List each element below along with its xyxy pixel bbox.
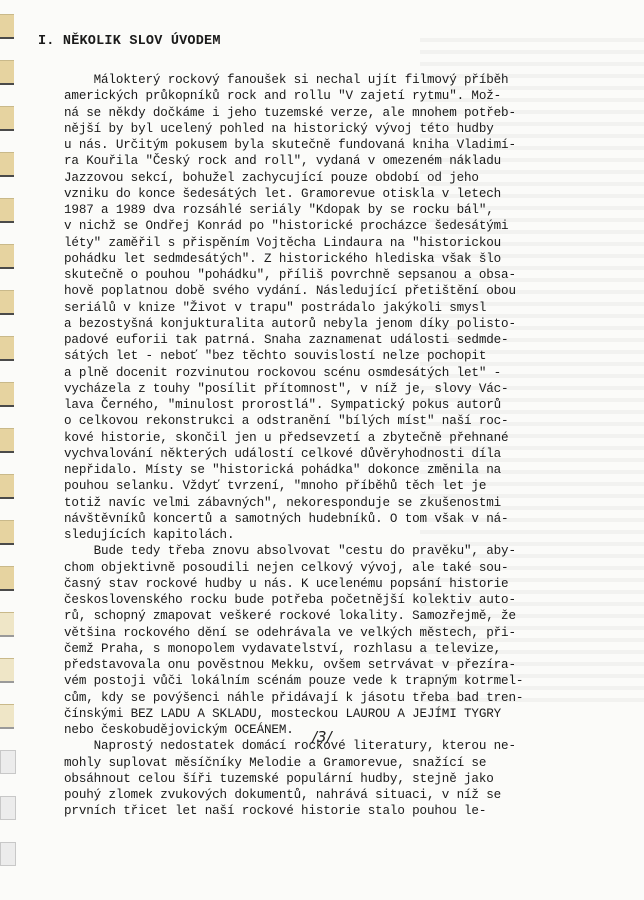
text-line: představovala onu pověstnou Mekku, ovšem… — [64, 657, 504, 673]
text-line: čínskými BEZ LADU A SKLADU, mosteckou LA… — [64, 706, 504, 722]
text-line: o celkovou rekonstrukci a odstranění "bí… — [64, 413, 504, 429]
text-line: u nás. Určitým pokusem byla skutečně fun… — [64, 137, 504, 153]
text-line: sátých let - neboť "bez těchto souvislos… — [64, 348, 504, 364]
binding-ring — [0, 566, 14, 591]
text-line: vycházela z touhy "posílit přítomnost", … — [64, 381, 504, 397]
text-line: padové euforii tak patrná. Snaha zazname… — [64, 332, 504, 348]
text-line: mohly suplovat měsíčníky Melodie a Gramo… — [64, 755, 504, 771]
chapter-heading: I. NĚKOLIK SLOV ÚVODEM — [38, 34, 221, 49]
text-line: nebo českobudějovickým OCEÁNEM. — [64, 722, 504, 738]
text-line: Málokterý rockový fanoušek si nechal ují… — [64, 72, 504, 88]
page-number: /3/ — [312, 728, 332, 746]
text-line: pohádku let sedmdesátých". Z historickéh… — [64, 251, 504, 267]
text-line: československého rocku bude potřeba poče… — [64, 592, 504, 608]
spiral-binding — [0, 0, 20, 900]
text-line: seriálů v knize "Život v trapu" postráda… — [64, 300, 504, 316]
text-line: obsáhnout celou šíři tuzemské populární … — [64, 771, 504, 787]
text-line: prvních třicet let naší rockové historie… — [64, 803, 504, 819]
text-line: chom objektivně posoudili nejen celkový … — [64, 560, 504, 576]
text-line: amerických průkopníků rock and rollu "V … — [64, 88, 504, 104]
text-line: lava Černého, "minulost prorostlá". Symp… — [64, 397, 504, 413]
text-line: vzniku do konce šedesátých let. Gramorev… — [64, 186, 504, 202]
text-line: léty" zaměřil s přispěním Vojtěcha Linda… — [64, 235, 504, 251]
binding-ring — [0, 106, 14, 131]
binding-ring — [0, 704, 14, 729]
text-line: pouhou selanku. Vždyť tvrzení, "mnoho př… — [64, 478, 504, 494]
text-line: v nichž se Ondřej Konrád po "historické … — [64, 218, 504, 234]
binding-ring — [0, 14, 14, 39]
text-line: čemž Praha, s monopolem vydavatelství, r… — [64, 641, 504, 657]
binding-ring — [0, 382, 14, 407]
text-line: cům, kdy se povýšenci náhle přidávají k … — [64, 690, 504, 706]
binding-ring — [0, 428, 14, 453]
text-line: kové historie, skončil jen u předsevzetí… — [64, 430, 504, 446]
text-line: nepřidalo. Místy se "historická pohádka"… — [64, 462, 504, 478]
binding-ring — [0, 198, 14, 223]
binding-ring — [0, 336, 14, 361]
text-line: Naprostý nedostatek domácí rockové liter… — [64, 738, 504, 754]
text-line: ná se někdy dočkáme i jeho tuzemské verz… — [64, 105, 504, 121]
text-line: a bezostyšná konjukturalita autorů nebyl… — [64, 316, 504, 332]
binding-ring — [0, 842, 16, 866]
text-line: návštěvníků koncertů a samotných hudební… — [64, 511, 504, 527]
text-line: 1987 a 1989 dva rozsáhlé seriály "Kdopak… — [64, 202, 504, 218]
binding-ring — [0, 520, 14, 545]
binding-ring — [0, 290, 14, 315]
binding-ring — [0, 474, 14, 499]
text-line: ra Kouřila "Český rock and roll", vydaná… — [64, 153, 504, 169]
binding-ring — [0, 612, 14, 637]
text-line: skutečně o pouhou "pohádku", příliš povr… — [64, 267, 504, 283]
text-line: nější by byl ucelený pohled na historick… — [64, 121, 504, 137]
text-line: vém postoji vůči lokálním scénám pouze v… — [64, 673, 504, 689]
text-line: a plně docenit rozvinutou rockovou scénu… — [64, 365, 504, 381]
text-line: vychvalování některých událostí celkové … — [64, 446, 504, 462]
binding-ring — [0, 152, 14, 177]
text-line: časný stav rockové hudby u nás. K ucelen… — [64, 576, 504, 592]
text-line: Bude tedy třeba znovu absolvovat "cestu … — [64, 543, 504, 559]
text-line: pouhý zlomek zvukových dokumentů, nahráv… — [64, 787, 504, 803]
text-line: Jazzovou sekcí, bohužel zachycující pouz… — [64, 170, 504, 186]
binding-ring — [0, 750, 16, 774]
text-line: hově poplatnou době svého vydání. Násled… — [64, 283, 504, 299]
binding-ring — [0, 60, 14, 85]
body-text: Málokterý rockový fanoušek si nechal ují… — [64, 72, 504, 820]
binding-ring — [0, 796, 16, 820]
binding-ring — [0, 658, 14, 683]
binding-ring — [0, 244, 14, 269]
text-line: sledujících kapitolách. — [64, 527, 504, 543]
text-line: totiž navíc velmi zábavných", nekorespon… — [64, 495, 504, 511]
text-line: většina rockového dění se odehrávala ve … — [64, 625, 504, 641]
text-line: rů, schopný zmapovat veškeré rockové lok… — [64, 608, 504, 624]
